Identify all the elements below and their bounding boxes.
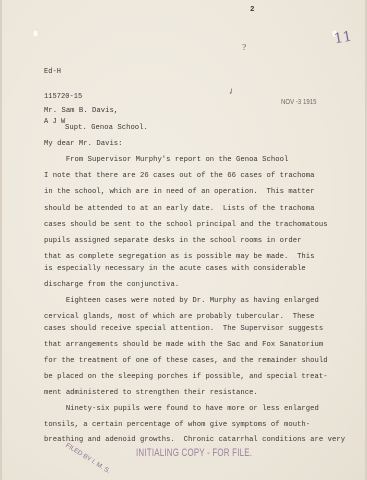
reference-line: 115720-15 xyxy=(44,93,82,101)
salutation: My dear Mr. Davis: xyxy=(44,140,123,148)
handwritten-mark: ? xyxy=(242,43,246,52)
addressee-name: Mr. Sam B. Davis, xyxy=(44,107,118,115)
filed-by-stamp: FILED BY I. M. S. xyxy=(64,442,111,475)
body-line: Ninety-six pupils were found to have mor… xyxy=(44,405,319,413)
body-line: pupils assigned separate desks in the sc… xyxy=(44,237,301,245)
body-line: should be attended to at an early date. … xyxy=(44,205,315,213)
body-line: for the treatment of one of these cases,… xyxy=(44,357,328,365)
handwritten-mark: ✓ xyxy=(226,86,236,97)
page-left-edge xyxy=(0,0,2,480)
body-line: discharge from the conjunctiva. xyxy=(44,281,179,289)
body-line: ment administered to strengthen their re… xyxy=(44,389,258,397)
date-stamp: NOV -3 1915 xyxy=(281,97,316,106)
body-line: I note that there are 26 cases out of th… xyxy=(44,172,315,180)
body-line: that as complete segregation as is possi… xyxy=(44,253,315,261)
addressee-title: Supt. Genoa School. xyxy=(65,124,148,132)
body-line: cases should be sent to the school princ… xyxy=(44,221,328,229)
body-line: be placed on the sleeping porches if pos… xyxy=(44,373,328,381)
body-line: cervical glands, most of which are proba… xyxy=(44,313,315,321)
body-line: is especially necessary in the acute cas… xyxy=(44,265,306,273)
page-number: 2 xyxy=(250,6,255,14)
punch-hole xyxy=(33,30,38,37)
handwritten-mark: 11 xyxy=(333,29,353,48)
body-line: From Supervisor Murphy's report on the G… xyxy=(44,156,288,164)
letter-page: 2 Ed-H 115720-15 A J W 11 ? ✓ NOV -3 191… xyxy=(0,0,367,480)
body-line: breathing and adenoid growths. Chronic c… xyxy=(44,436,345,444)
body-line: that arrangements should be made with th… xyxy=(44,341,323,349)
body-line: tonsils, a certain percentage of whom gi… xyxy=(44,421,310,429)
body-line: cases should receive special attention. … xyxy=(44,325,323,333)
body-line: Eighteen cases were noted by Dr. Murphy … xyxy=(44,297,319,305)
body-line: in the school, which are in need of an o… xyxy=(44,188,315,196)
initialing-copy-stamp: INITIALING COPY - FOR FILE. xyxy=(136,447,252,459)
reference-line: Ed-H xyxy=(44,68,82,76)
